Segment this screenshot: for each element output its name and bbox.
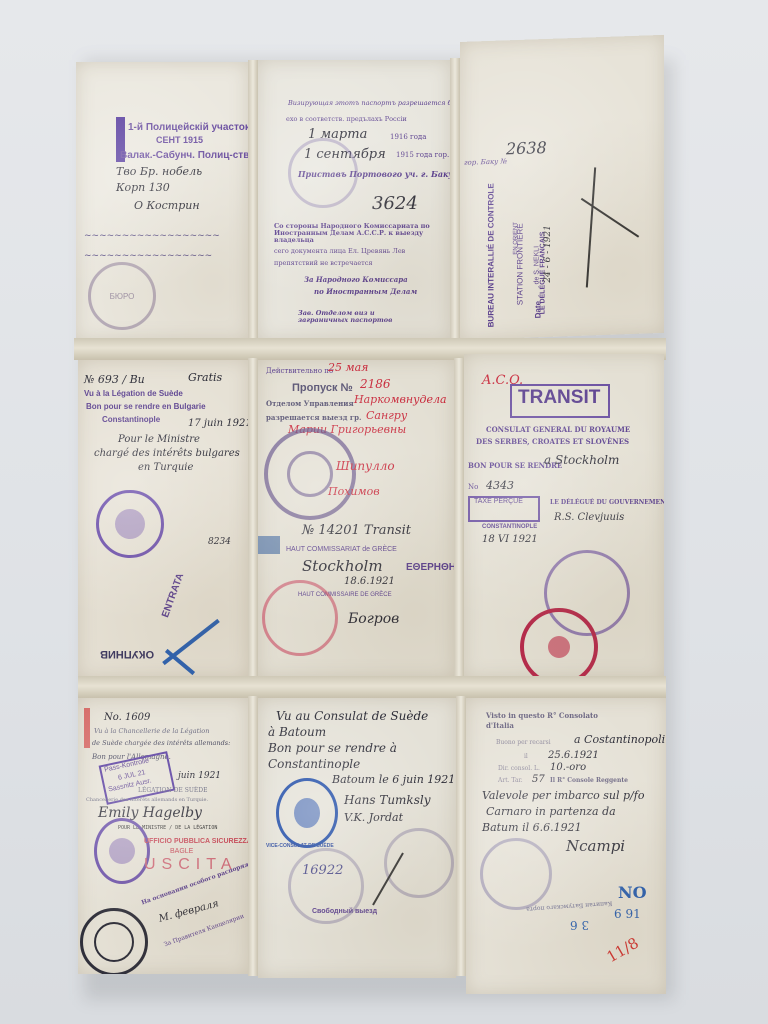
- consulate-line-2: DES SERBES, CROATES ET SLOVÈNES: [476, 438, 629, 446]
- mid-left-gratis: Gratis: [188, 372, 222, 384]
- batoum-hand-4: Constantinople: [268, 758, 360, 771]
- italy-line-2: d'Italia: [486, 722, 514, 730]
- legation-line-2: Bon pour se rendre en Bulgarie: [86, 403, 206, 412]
- greek-red-stamp: [262, 580, 338, 656]
- dept-hand: Наркомвнудела: [354, 394, 447, 406]
- commissar-line-2: по Иностранным Делам: [314, 288, 417, 296]
- legation-sweden: LÉGATION DE SUÈDE: [138, 788, 207, 795]
- allowed-hand: Сангру: [366, 410, 407, 422]
- batoum-hand-2: à Batoum: [268, 726, 326, 739]
- fold-vertical-1-bot: [248, 696, 258, 976]
- stamp-center: [287, 451, 333, 497]
- propusk-label: Пропуск №: [292, 382, 353, 394]
- faded-round-stamp-2: [384, 828, 454, 898]
- stamp-note: 8234: [208, 538, 231, 548]
- panel-mid-center: Действительно по 25 мая Пропуск № 2186 О…: [258, 360, 454, 678]
- no-label: No: [468, 484, 478, 492]
- city-label: гор. Баку №: [464, 158, 507, 167]
- handwriting-scribble: ~~~~~~~~~~~~~~~~~~: [84, 232, 220, 242]
- sig-shipullo: Шипулло: [336, 460, 395, 473]
- pubblica-sicurezza: UFFICIO PUBBLICA SICUREZZA: [144, 838, 248, 846]
- sig-bogrov: Богров: [348, 612, 399, 627]
- italy-faded-stamp: [480, 838, 552, 910]
- italy-fee: 10.-oro: [550, 762, 586, 773]
- batoum-hand-1: Vu au Consulat de Suède: [276, 710, 428, 723]
- mid-left-number: № 693 / Bu: [84, 374, 145, 386]
- ottoman-stamp: [80, 908, 148, 974]
- handwriting-2: Корп 130: [116, 182, 170, 194]
- svobodny-label: Свободный выезд: [312, 908, 377, 916]
- sig-line-3: en Turquie: [138, 462, 193, 473]
- vice-consulat-stamp: [276, 778, 338, 848]
- panel-mid-left: № 693 / Bu Gratis Vu à la Légation de Su…: [78, 360, 248, 678]
- bot-left-date: juin 1921: [178, 772, 221, 782]
- dept-label: Отделом Управления: [266, 400, 354, 408]
- pubblica-city: BAGLE: [170, 848, 193, 856]
- italy-line-3: Buono per recarsi: [496, 740, 551, 747]
- year-2: 1915 года гор.: [396, 152, 449, 160]
- blue-cross-1: [162, 619, 220, 665]
- doc-number-right: 2638: [506, 139, 547, 158]
- bureau-stamp-3: STATION FRONTIÈRE: [517, 223, 526, 305]
- greek-word: ΕΘΕΡΗΘΗ: [406, 562, 454, 573]
- doc-number: 3624: [372, 194, 418, 214]
- allowed-label: разрешается выезд гр.: [266, 414, 362, 422]
- bottom-stamp-text: ОКУПНИВ: [100, 648, 154, 660]
- valid-date: 25 мая: [328, 362, 368, 374]
- fold-vertical-2-top: [450, 58, 460, 342]
- blue-number-3: 3 6: [570, 918, 589, 931]
- propusk-number: 2186: [360, 378, 391, 391]
- pristav-line: Приставъ Портового уч. г. Баку: [298, 170, 450, 179]
- sig-hans: Hans Tumksly: [344, 794, 430, 807]
- chancellerie-line-5: Chancellerie des intérêts allemands en T…: [86, 798, 208, 804]
- stamp-center: [109, 838, 135, 864]
- italy-art: 57: [532, 774, 545, 785]
- city-label: CONSTANTINOPLE: [482, 524, 537, 531]
- legation-line-1: Vu à la Légation de Suède: [84, 390, 183, 399]
- italy-valid-3: Batum il 6.6.1921: [482, 822, 582, 834]
- date-value: 24 - 6 - 1921: [544, 225, 554, 283]
- delegue-sig: R.S. Clevjuuis: [554, 512, 624, 523]
- italy-date: 25.6.1921: [548, 750, 599, 761]
- panel-top-left: 1-й Полицейскій участокъ СЕНТ 1915 Валак…: [76, 62, 248, 340]
- bureau-stamp-1: BUREAU INTERALLIÉ DE CONTROLE: [488, 183, 497, 327]
- delegue-label: LE DÉLÉGUÉ DU GOUVERNEMENT: [550, 500, 664, 507]
- soviet-round-stamp: [264, 428, 356, 520]
- ru-hand: М. февраля: [158, 898, 220, 925]
- italy-sig: Ncampi: [566, 838, 625, 855]
- ncid-para-1: Со стороны Народного Комиссариата по Ино…: [274, 223, 450, 244]
- panel-bot-center: Vu au Consulat de Suède à Batoum Bon pou…: [258, 698, 456, 978]
- visa-line-1: Визирующая этотъ паспортъ разрешается бе…: [288, 100, 450, 107]
- destination-hand: a Stockholm: [544, 454, 619, 467]
- chancellerie-line-1: Vu à la Chancellerie de la Légation: [94, 728, 209, 735]
- fold-horizontal-2: [78, 676, 666, 698]
- fold-vertical-1-mid: [248, 358, 258, 680]
- panel-top-right: гор. Баку № 2638 BUREAU INTERALLIÉ DE CO…: [460, 35, 664, 340]
- sig-line-2: chargé des intérêts bulgares: [94, 448, 240, 459]
- revenue-stamp: [258, 536, 280, 554]
- fold-vertical-1-top: [248, 60, 258, 342]
- eagle-emblem: [548, 636, 570, 658]
- fold-vertical-2-mid: [454, 358, 464, 680]
- italy-line-1: Visto in questo R° Consolato: [486, 712, 598, 720]
- italy-date-label: il: [524, 754, 528, 761]
- panel-bot-right: Visto in questo R° Consolato d'Italia Bu…: [466, 698, 666, 994]
- handwriting-1: Тво Бр. нобель: [116, 166, 202, 178]
- section-line: Зав. Отделом виз и заграничных паспортов: [298, 310, 418, 324]
- bot-left-number: No. 1609: [104, 712, 150, 723]
- stamp-center: [294, 798, 320, 828]
- handwriting-3: О Кострин: [134, 200, 200, 212]
- fold-vertical-2-bot: [456, 696, 466, 976]
- sig-line-1: Pour le Ministre: [118, 434, 200, 445]
- ncid-para-2: сего документа лица Ел. Цревянь Лев: [274, 248, 405, 255]
- italy-dest: a Costantinopoli: [574, 734, 665, 746]
- red-eagle-stamp: [520, 608, 598, 678]
- stamp-center: [94, 922, 134, 962]
- bureau-round-stamp: БЮРО: [88, 262, 156, 330]
- panel-bot-left: No. 1609 Vu à la Chancellerie de la Léga…: [78, 698, 248, 974]
- police-stamp-line3: Валак.-Сабунч. Полиц-ства: [120, 150, 248, 161]
- commissar-line: За Народного Комиссара: [304, 276, 408, 284]
- consulate-line-1: CONSULAT GENERAL DU ROYAUME: [486, 426, 630, 434]
- sweden-legation-stamp: [94, 818, 150, 884]
- red-number: 11/8: [604, 935, 641, 966]
- visa-number: 4343: [486, 480, 514, 492]
- italy-fee-label: Dir. consol. L.: [498, 766, 540, 773]
- valid-label: Действительно по: [266, 368, 333, 376]
- transit-stamp: TRANSIT: [518, 388, 600, 409]
- police-stamp-line1: 1-й Полицейскій участокъ: [128, 122, 248, 133]
- bureau-stamp-text: БЮРО: [110, 292, 135, 301]
- italy-consul: Il R° Console Reggente: [550, 778, 628, 785]
- panel-top-center: Визирующая этотъ паспортъ разрешается бе…: [258, 60, 450, 340]
- entrata-stamp: ENTRATA: [160, 572, 186, 619]
- travel-document: 1-й Полицейскій участокъ СЕНТ 1915 Валак…: [74, 40, 666, 995]
- visa-line-2: ехо в соответств. предълахъ Россіи: [286, 116, 407, 123]
- bulgaria-legation-stamp: [96, 490, 164, 558]
- blue-number-1: NO: [618, 884, 647, 902]
- stamp-center: [115, 509, 145, 539]
- handwriting-scribble-2: ~~~~~~~~~~~~~~~~~: [84, 252, 212, 262]
- greek-commissariat: HAUT COMMISSARIAT de GRÈCE: [286, 546, 397, 554]
- greek-date: 18.6.1921: [344, 576, 395, 587]
- visa-date: 18 VI 1921: [482, 534, 538, 545]
- pen-stroke: [586, 167, 596, 287]
- sig-jordat: V.K. Jordat: [344, 812, 403, 824]
- italy-valid-1: Valevole per imbarco sul p/fo: [482, 790, 644, 802]
- taxe-label: TAXE PERÇUE: [474, 498, 523, 506]
- legation-line-3: Constantinople: [102, 416, 160, 425]
- year-1: 1916 года: [390, 134, 426, 142]
- chancellerie-line-2: de Suède chargée des intérêts allemands:: [92, 740, 230, 747]
- panel-mid-right: A.C.O. TRANSIT CONSULAT GENERAL DU ROYAU…: [464, 354, 664, 678]
- legation-date: 17 juin 1921: [188, 418, 248, 429]
- greek-destination: Stockholm: [302, 558, 383, 575]
- batoum-hand-3: Bon pour se rendre à: [268, 742, 397, 755]
- italy-valid-2: Carnaro in partenza da: [486, 806, 616, 818]
- date-label: Date: [534, 301, 543, 319]
- blue-number-2: 6 91: [614, 908, 641, 921]
- ncid-para-3: препятствий не встречается: [274, 260, 373, 267]
- sig-pokhimov: Похимов: [328, 486, 380, 498]
- police-stamp-line2: СЕНТ 1915: [156, 136, 203, 146]
- transit-number: № 14201 Transit: [302, 524, 411, 538]
- batoum-hand-5: Batoum le 6 juin 1921: [332, 774, 455, 786]
- italy-art-label: Art. Tar.: [498, 778, 523, 785]
- red-crayon-mark: [84, 708, 90, 748]
